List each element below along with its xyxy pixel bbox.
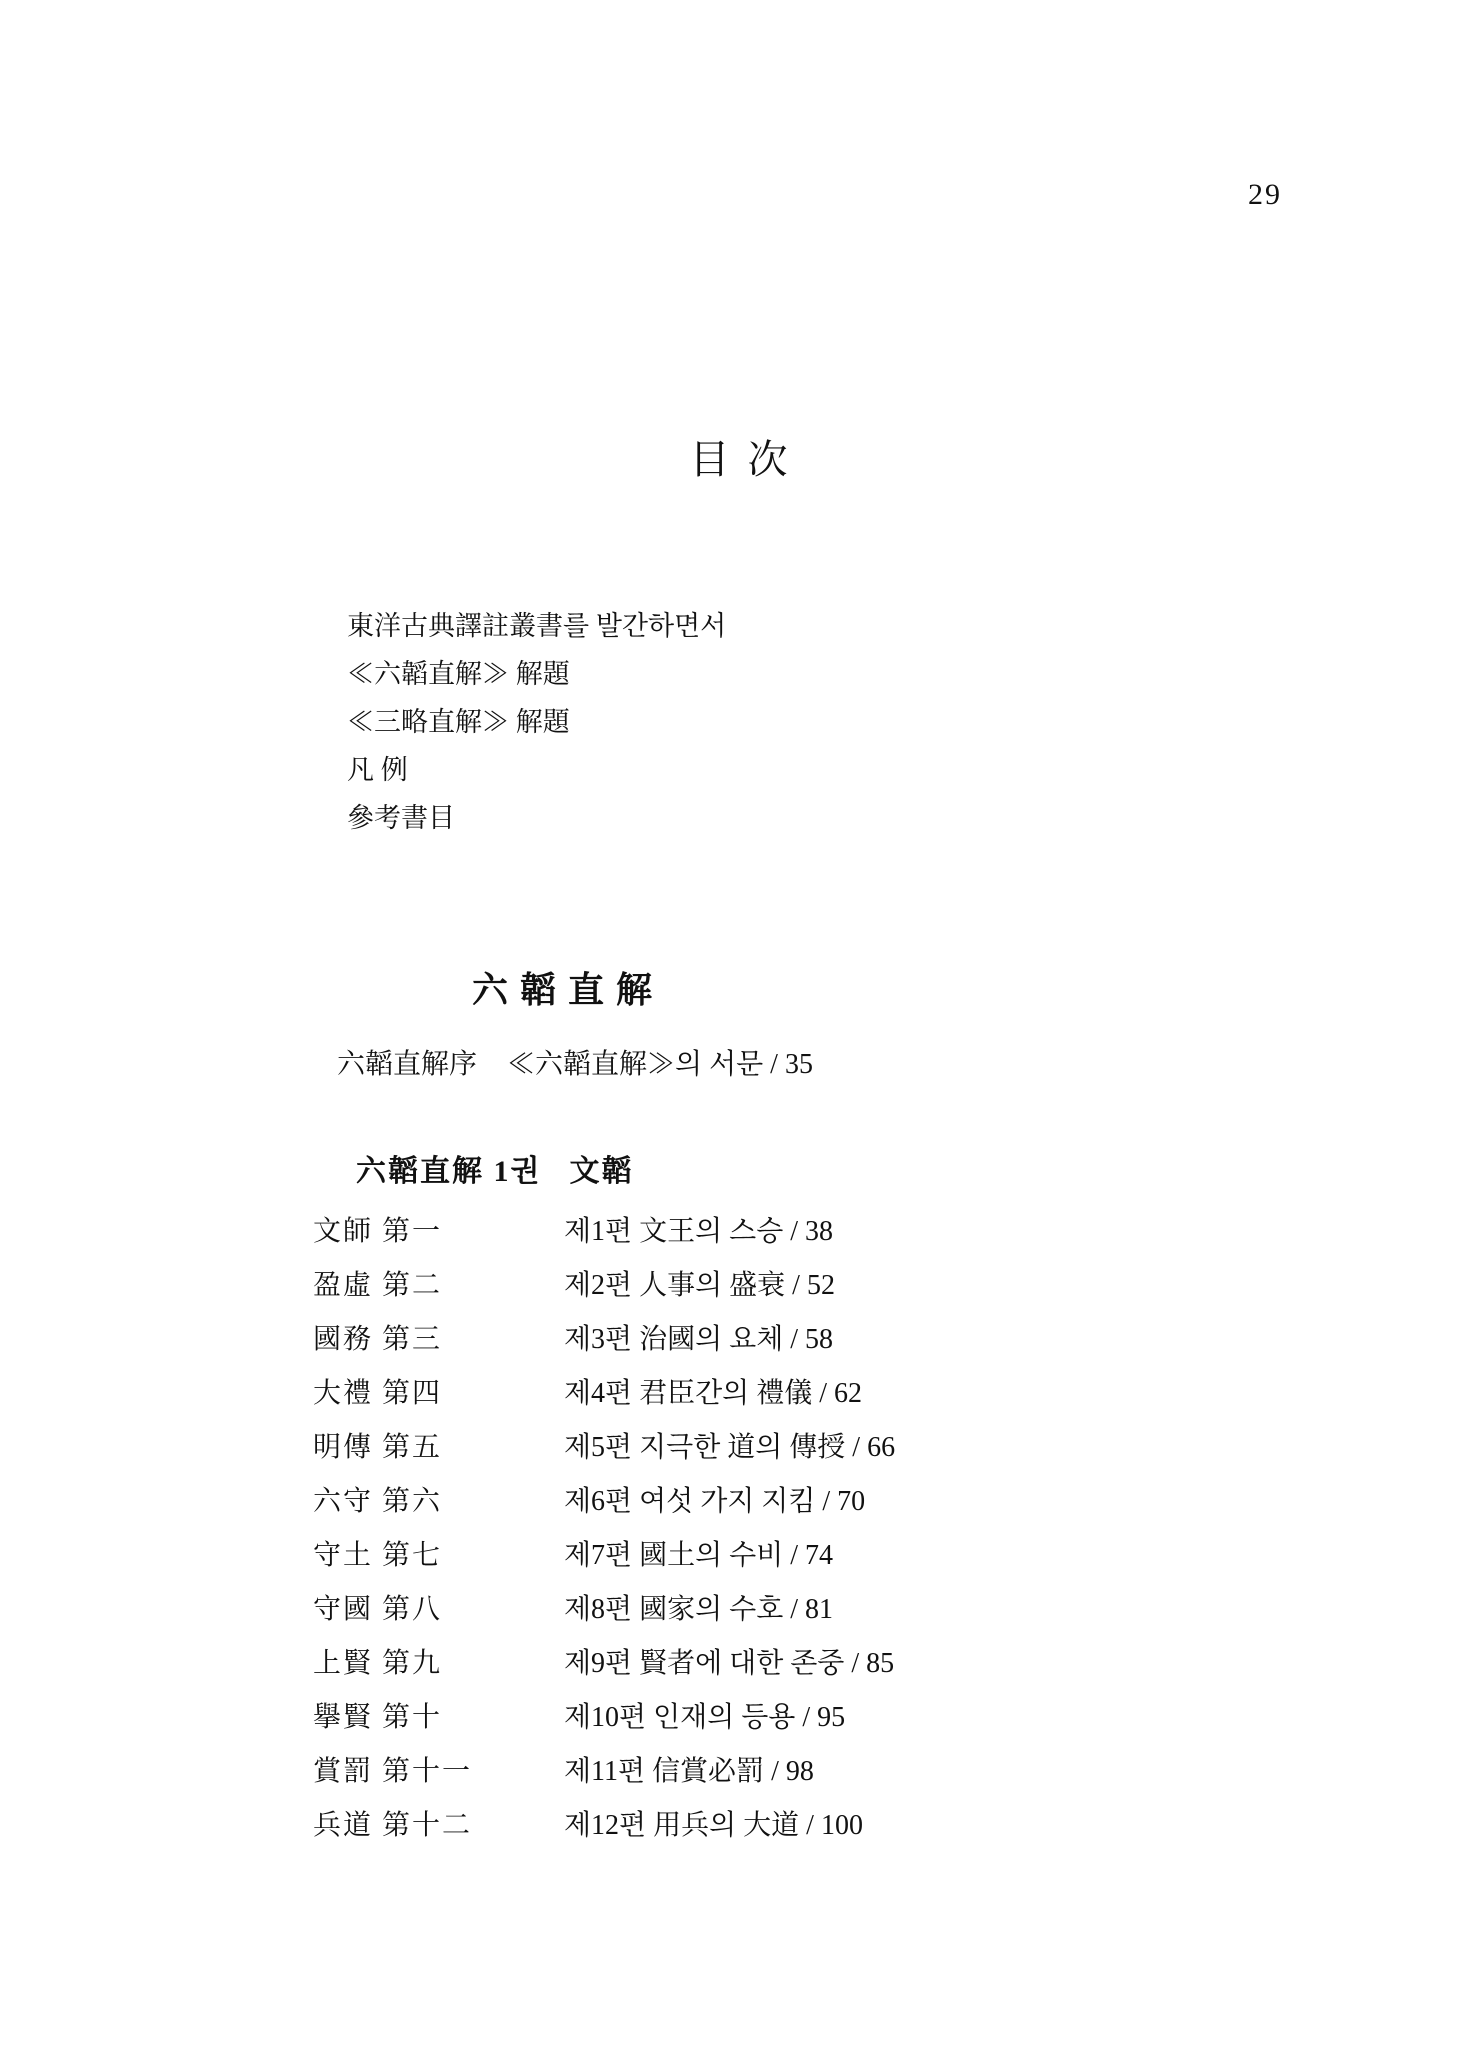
toc-row: 兵道 第十二제12편 用兵의 大道/100 — [313, 1812, 895, 1840]
toc-row: 守國 第八제8편 國家의 수호/81 — [313, 1596, 895, 1624]
toc-chapter: 賞罰 第十一 — [313, 1758, 564, 1786]
preface-row: 六韜直解序≪六韜直解≫의 서문/35 — [337, 1042, 813, 1082]
toc-chapter: 守土 第七 — [313, 1542, 564, 1570]
front-matter-item: ≪三略直解≫ 解題 — [347, 708, 726, 736]
toc-row: 明傳 第五제5편 지극한 道의 傳授/66 — [313, 1434, 895, 1462]
toc-separator: / — [822, 1488, 830, 1516]
toc-chapter: 上賢 第九 — [313, 1650, 564, 1678]
toc-page: 81 — [805, 1596, 833, 1624]
toc-separator: / — [852, 1434, 860, 1462]
toc-chapter: 六守 第六 — [313, 1488, 564, 1516]
toc-translation: 제7편 國土의 수비 — [564, 1542, 783, 1570]
toc-translation: 제8편 國家의 수호 — [564, 1596, 783, 1624]
toc-translation: 제10편 인재의 등용 — [564, 1704, 795, 1732]
toc-separator: / — [819, 1380, 827, 1408]
toc-translation: 제12편 用兵의 大道 — [564, 1812, 799, 1840]
toc-page: 74 — [805, 1542, 833, 1570]
toc-separator: / — [790, 1596, 798, 1624]
toc-row: 守土 第七제7편 國土의 수비/74 — [313, 1542, 895, 1570]
toc-separator: / — [790, 1542, 798, 1570]
toc-page: 70 — [837, 1488, 865, 1516]
toc-row: 文師 第一제1편 文王의 스승/38 — [313, 1218, 895, 1246]
page-number: 29 — [1248, 178, 1282, 212]
volume-subtitle: 文韜 — [569, 1155, 633, 1188]
preface-page: 35 — [785, 1049, 813, 1080]
toc-separator: / — [792, 1272, 800, 1300]
toc-page: 98 — [786, 1758, 814, 1786]
toc-translation: 제2편 人事의 盛衰 — [564, 1272, 785, 1300]
toc-translation: 제3편 治國의 요체 — [564, 1326, 783, 1354]
toc-chapter: 兵道 第十二 — [313, 1812, 564, 1840]
front-matter-item: 參考書目 — [347, 804, 726, 832]
toc-page: 95 — [817, 1704, 845, 1732]
toc-translation: 제1편 文王의 스승 — [564, 1218, 783, 1246]
toc-row: 六守 第六제6편 여섯 가지 지킴/70 — [313, 1488, 895, 1516]
front-matter-item: ≪六韜直解≫ 解題 — [347, 660, 726, 688]
front-matter-item: 東洋古典譯註叢書를 발간하면서 — [347, 612, 726, 640]
toc-translation: 제4편 君臣간의 禮儀 — [564, 1380, 812, 1408]
preface-translation: ≪六韜直解≫의 서문 — [507, 1049, 763, 1080]
toc-separator: / — [790, 1218, 798, 1246]
toc-row: 上賢 第九제9편 賢者에 대한 존중/85 — [313, 1650, 895, 1678]
document-page: 29 目 次 東洋古典譯註叢書를 발간하면서≪六韜直解≫ 解題≪三略直解≫ 解題… — [0, 0, 1481, 2047]
toc-page: 38 — [805, 1218, 833, 1246]
front-matter-item: 凡 例 — [347, 756, 726, 784]
toc-separator: / — [802, 1704, 810, 1732]
toc-chapter: 大禮 第四 — [313, 1380, 564, 1408]
toc-page: 100 — [821, 1812, 863, 1840]
volume-title: 六韜直解 1권 — [356, 1155, 541, 1188]
preface-label: 六韜直解序 — [337, 1049, 477, 1080]
preface-separator: / — [770, 1049, 778, 1080]
toc-page: 66 — [867, 1434, 895, 1462]
volume-header: 六韜直解 1권文韜 — [356, 1146, 633, 1190]
toc-row: 國務 第三제3편 治國의 요체/58 — [313, 1326, 895, 1354]
toc-page: 85 — [866, 1650, 894, 1678]
toc-row: 賞罰 第十一제11편 信賞必罰/98 — [313, 1758, 895, 1786]
toc-row: 盈虛 第二제2편 人事의 盛衰/52 — [313, 1272, 895, 1300]
toc-page: 58 — [805, 1326, 833, 1354]
toc-separator: / — [806, 1812, 814, 1840]
toc-chapter: 國務 第三 — [313, 1326, 564, 1354]
toc-chapter: 守國 第八 — [313, 1596, 564, 1624]
toc-translation: 제5편 지극한 道의 傳授 — [564, 1434, 845, 1462]
toc-translation: 제11편 信賞必罰 — [564, 1758, 764, 1786]
toc-page: 52 — [807, 1272, 835, 1300]
toc-page: 62 — [834, 1380, 862, 1408]
toc-title: 目 次 — [0, 428, 1481, 485]
toc-chapter: 文師 第一 — [313, 1218, 564, 1246]
section-header: 六韜直解 — [472, 962, 664, 1013]
toc-separator: / — [851, 1650, 859, 1678]
front-matter-list: 東洋古典譯註叢書를 발간하면서≪六韜直解≫ 解題≪三略直解≫ 解題凡 例參考書目 — [347, 612, 726, 852]
toc-row: 擧賢 第十제10편 인재의 등용/95 — [313, 1704, 895, 1732]
toc-translation: 제9편 賢者에 대한 존중 — [564, 1650, 844, 1678]
toc-separator: / — [790, 1326, 798, 1354]
toc-chapter: 擧賢 第十 — [313, 1704, 564, 1732]
toc-list: 文師 第一제1편 文王의 스승/38盈虛 第二제2편 人事의 盛衰/52國務 第… — [313, 1218, 895, 1866]
toc-chapter: 明傳 第五 — [313, 1434, 564, 1462]
toc-row: 大禮 第四제4편 君臣간의 禮儀/62 — [313, 1380, 895, 1408]
toc-separator: / — [771, 1758, 779, 1786]
toc-chapter: 盈虛 第二 — [313, 1272, 564, 1300]
toc-translation: 제6편 여섯 가지 지킴 — [564, 1488, 815, 1516]
